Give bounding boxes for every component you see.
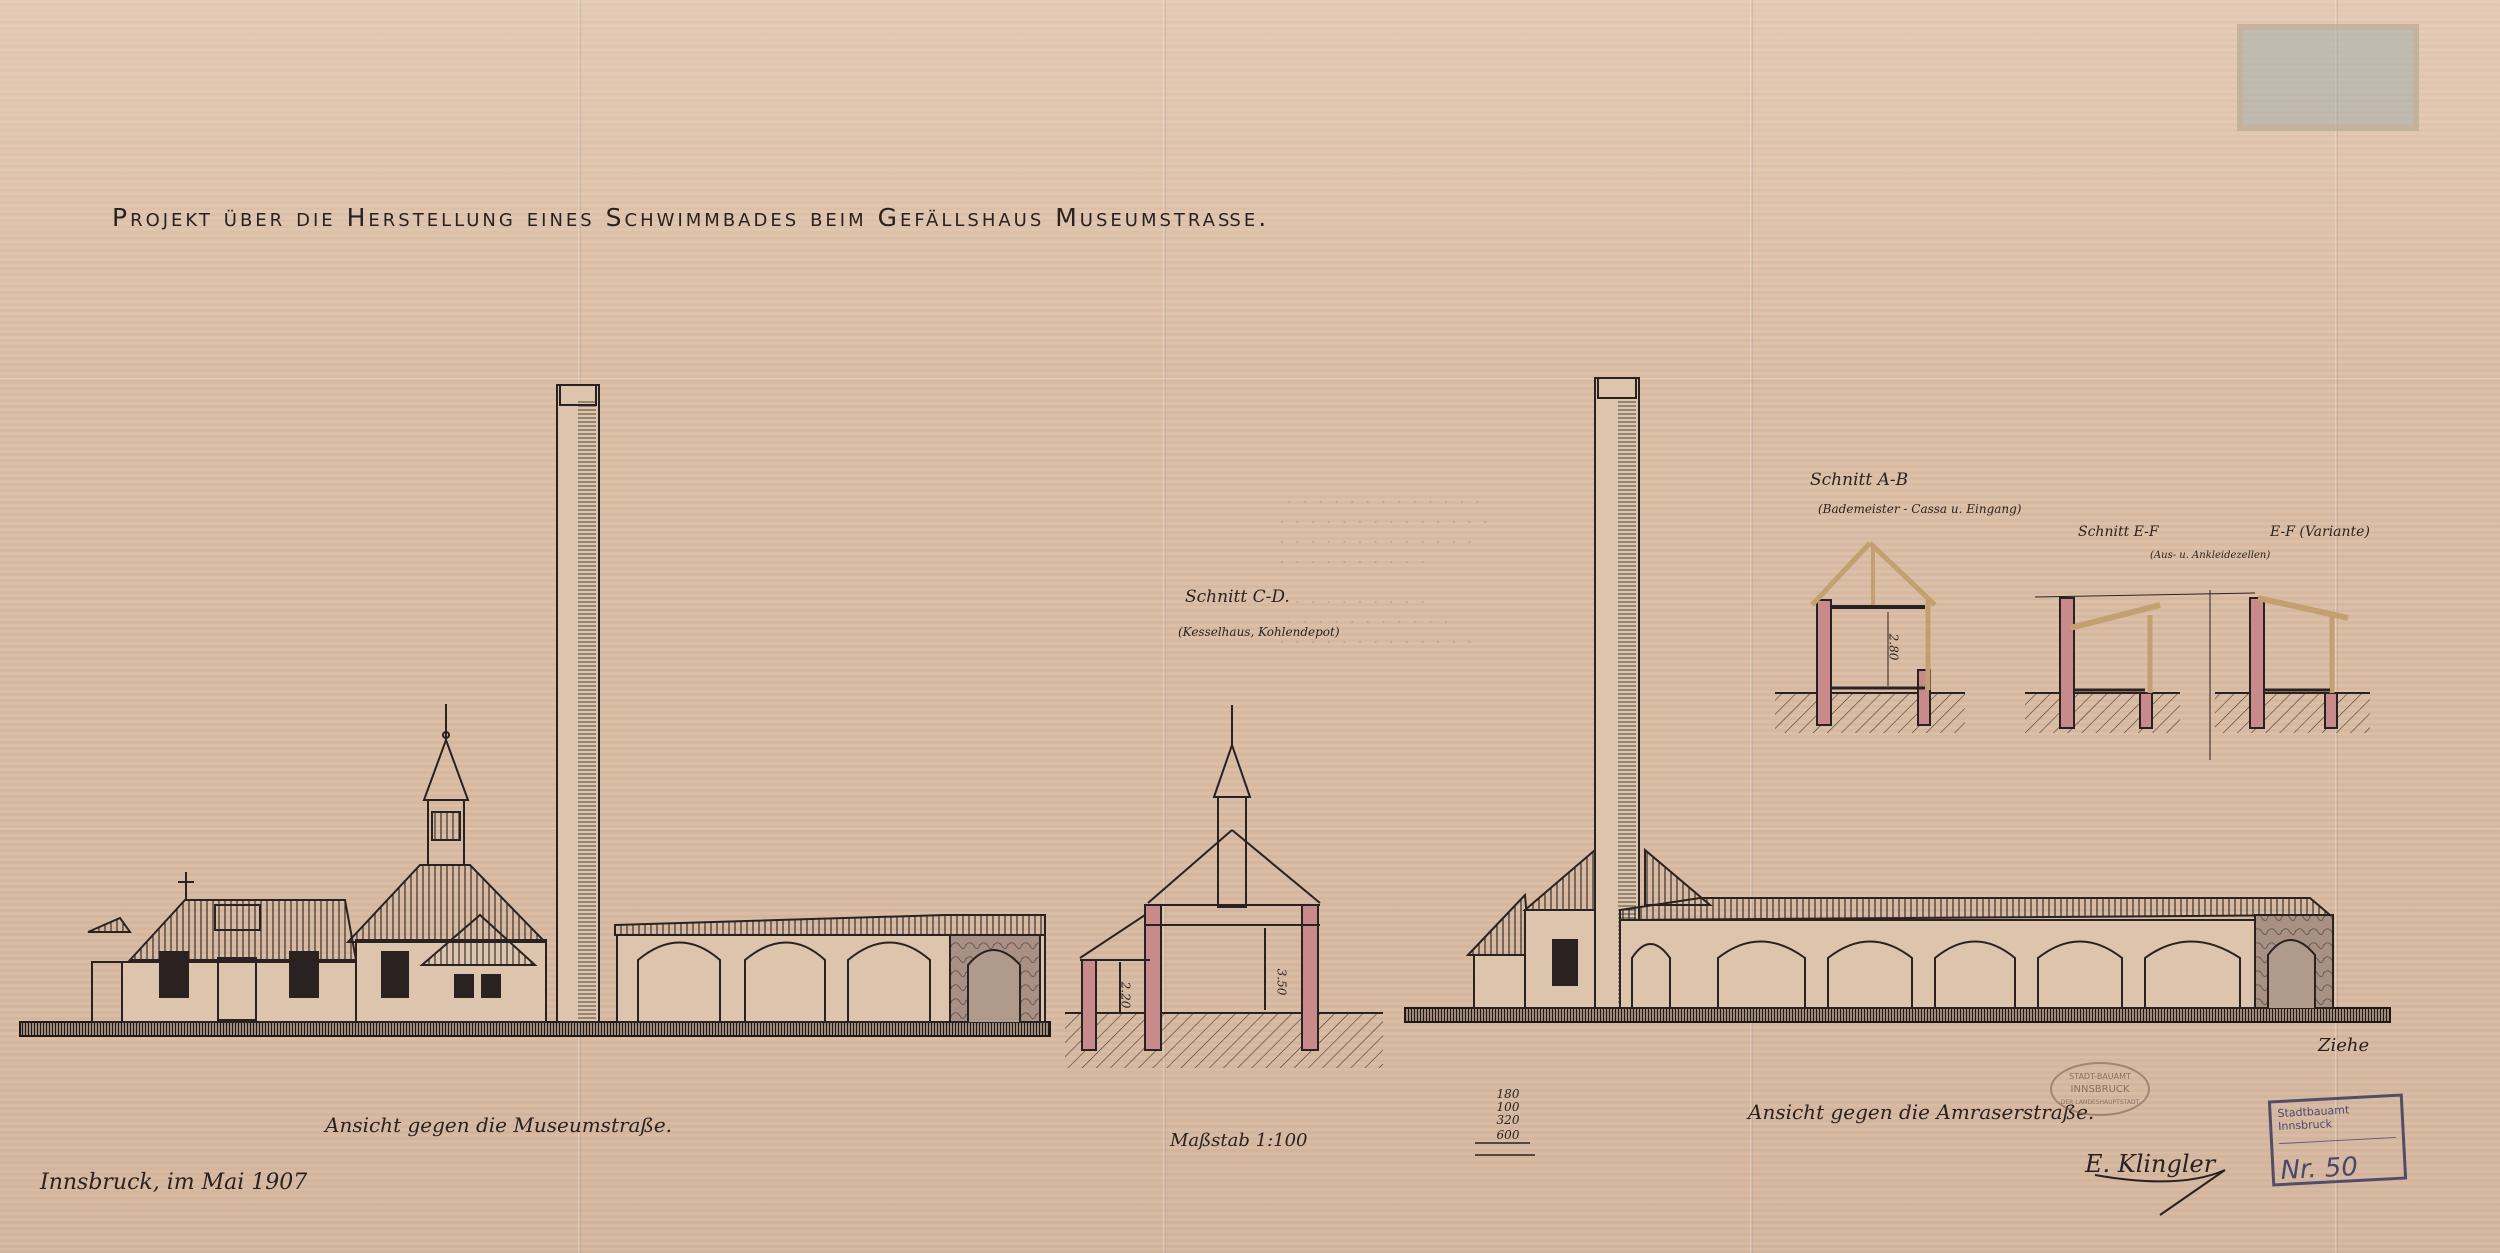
scale-label: Maßstab 1:100 [1170,1130,1308,1151]
left-elevation-caption: Ansicht gegen die Museumstraße. [325,1113,672,1137]
calculation: 180 100 320 600 [1478,1088,1538,1142]
signature-draftsman: Ziehe [2318,1035,2369,1056]
section-cd-sublabel: (Kesselhaus, Kohlendepot) [1178,625,1340,639]
dimension-label: 3.50 [1274,969,1288,996]
drawing-sheet: . . . . . . . . . . . . . . . . . . . . … [0,0,2500,1253]
dimension-label: 2.20 [1118,982,1132,1009]
stamp-registry: Stadtbauamt Innsbruck Nr. 50 [2268,1094,2407,1187]
dimension-label: 2.80 [1886,634,1900,661]
place-date: Innsbruck, im Mai 1907 [40,1170,307,1195]
section-ef-variant-label: E-F (Variante) [2270,524,2370,540]
stamp-stadtbauamt: STADT-BAUAMT INNSBRUCK DER LANDESHAUPTST… [2050,1062,2150,1116]
section-ab-label: Schnitt A-B [1810,470,1908,490]
signature-main: E. Klingler [2085,1150,2215,1178]
right-elevation-caption: Ansicht gegen die Amraserstraße. [1748,1100,2094,1124]
section-cd-label: Schnitt C-D. [1185,587,1290,607]
section-ab-sublabel: (Bademeister - Cassa u. Eingang) [1818,502,2022,516]
ground-line [20,1022,1050,1036]
section-ef-sublabel: (Aus- u. Ankleidezellen) [2150,550,2270,561]
section-ef-label: Schnitt E-F [2078,524,2159,540]
